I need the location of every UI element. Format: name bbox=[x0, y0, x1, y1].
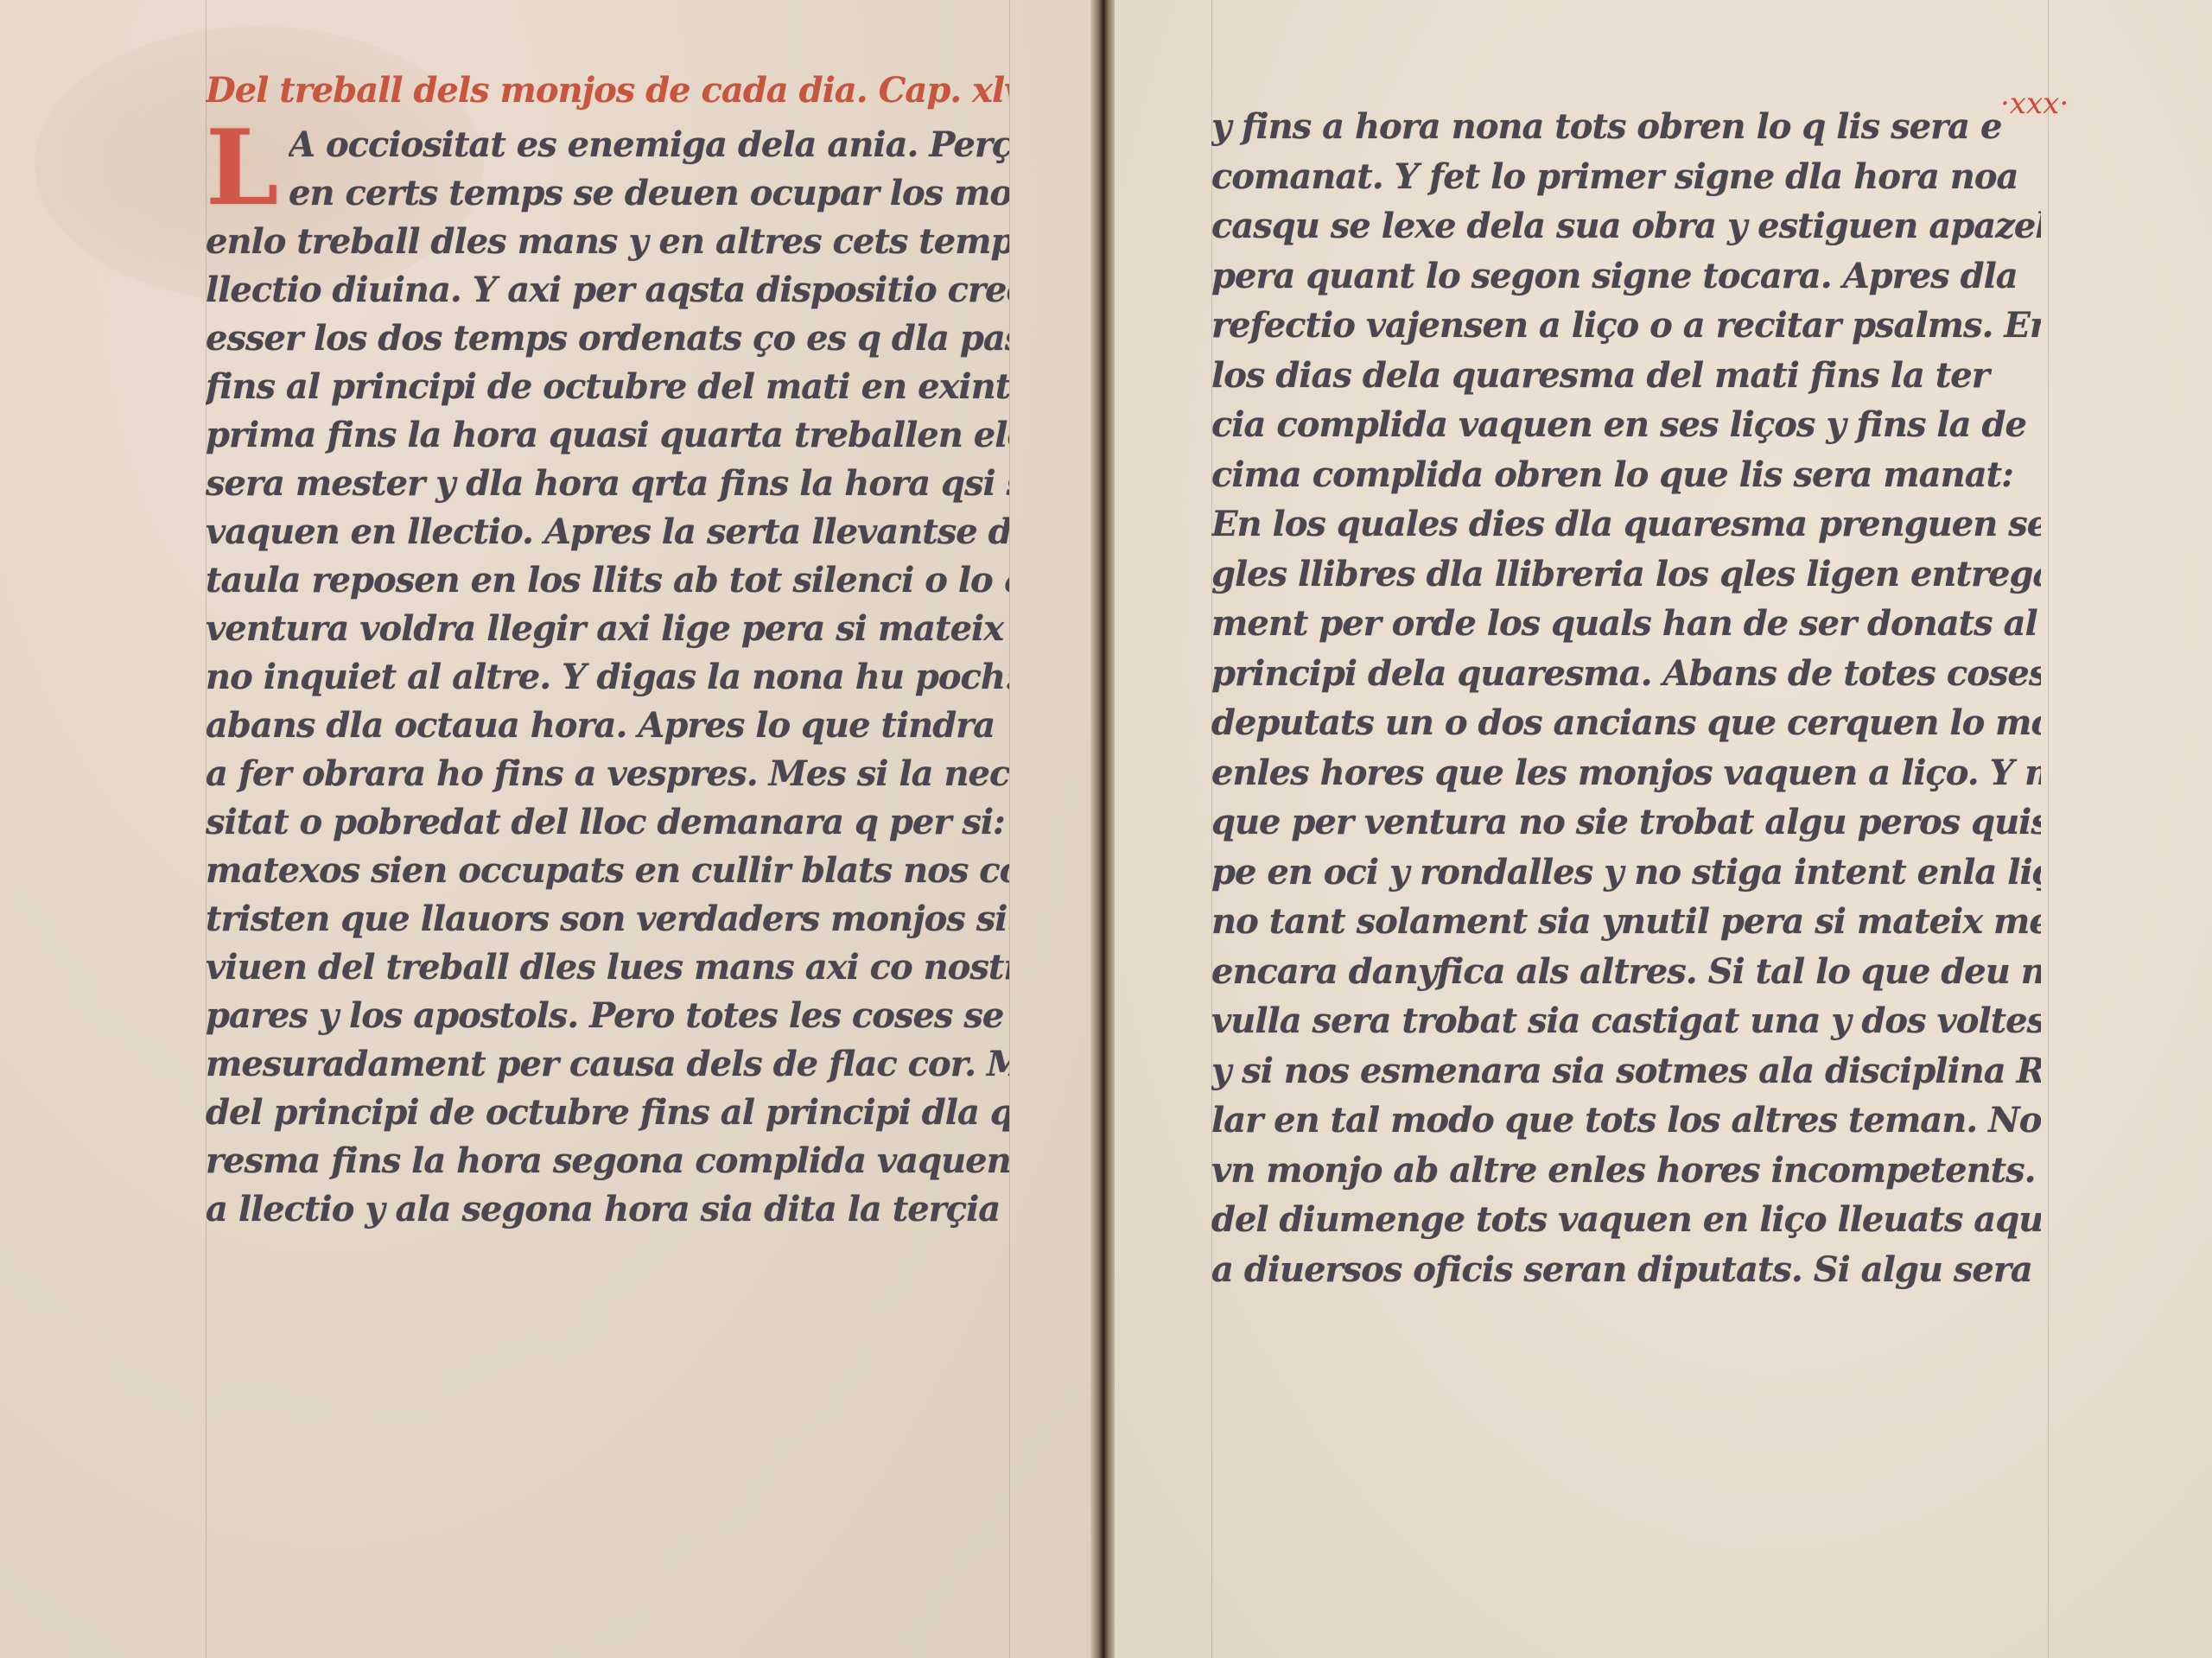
text-line: comanat. Y fet lo primer signe dla hora … bbox=[1211, 152, 2041, 202]
text-line: que per ventura no sie trobat algu peros… bbox=[1211, 797, 2041, 848]
right-text-block: y fins a hora nona tots obren lo q lis s… bbox=[1211, 102, 2041, 1294]
text-line: vn monjo ab altre enles hores incompeten… bbox=[1211, 1146, 2041, 1196]
text-line: a fer obrara ho fins a vespres. Mes si l… bbox=[206, 750, 1009, 798]
text-line: casqu se lexe dela sua obra y estiguen a… bbox=[1211, 201, 2041, 251]
left-text-block: Del treball dels monjos de cada dia. Cap… bbox=[206, 60, 1009, 1234]
text-line: cima complida obren lo que lis sera mana… bbox=[1211, 450, 2041, 500]
text-line: A occiositat es enemiga dela ania. Perço… bbox=[289, 121, 1009, 169]
text-line: abans dla octaua hora. Apres lo que tind… bbox=[206, 702, 1009, 750]
text-line: a diuersos oficis seran diputats. Si alg… bbox=[1211, 1245, 2041, 1295]
chapter-rubric: Del treball dels monjos de cada dia. Cap… bbox=[206, 60, 1009, 121]
text-line: los dias dela quaresma del mati fins la … bbox=[1211, 351, 2041, 401]
text-line: matexos sien occupats en cullir blats no… bbox=[206, 847, 1009, 895]
text-line: lar en tal modo que tots los altres tema… bbox=[1211, 1096, 2041, 1146]
text-line: en certs temps se deuen ocupar los monso… bbox=[289, 169, 1009, 218]
text-line: del principi de octubre fins al principi… bbox=[206, 1089, 1009, 1137]
text-line: cia complida vaquen en ses liços y fins … bbox=[1211, 400, 2041, 450]
illuminated-initial: L bbox=[206, 121, 283, 218]
text-line: del diumenge tots vaquen en liço lleuats… bbox=[1211, 1195, 2041, 1245]
text-line: y si nos esmenara sia sotmes ala discipl… bbox=[1211, 1046, 2041, 1096]
text-line: tristen que llauors son verdaders monjos… bbox=[206, 895, 1009, 943]
text-line: pares y los apostols. Pero totes les cos… bbox=[206, 992, 1009, 1040]
text-line: sera mester y dla hora qrta fins la hora… bbox=[206, 460, 1009, 508]
text-line: pe en oci y rondalles y no stiga intent … bbox=[1211, 848, 2041, 898]
text-line: ment per orde los quals han de ser donat… bbox=[1211, 599, 2041, 649]
text-line: no inquiet al altre. Y digas la nona hu … bbox=[206, 653, 1009, 702]
text-line: mesuradament per causa dels de flac cor.… bbox=[206, 1040, 1009, 1089]
text-line: y fins a hora nona tots obren lo q lis s… bbox=[1211, 102, 2041, 152]
text-line: prima fins la hora quasi quarta treballe… bbox=[206, 411, 1009, 460]
text-line: sitat o pobredat del lloc demanara q per… bbox=[206, 798, 1009, 847]
text-line: enles hores que les monjos vaquen a liço… bbox=[1211, 748, 2041, 798]
text-line: a llectio y ala segona hora sia dita la … bbox=[206, 1185, 1009, 1234]
book-gutter bbox=[1090, 0, 1116, 1658]
text-line: vaquen en llectio. Apres la serta llevan… bbox=[206, 508, 1009, 556]
text-line: deputats un o dos ancians que cerquen lo… bbox=[1211, 698, 2041, 748]
text-line: principi dela quaresma. Abans de totes c… bbox=[1211, 649, 2041, 699]
ruling-line bbox=[1009, 0, 1010, 1658]
text-line: no tant solament sia ynutil pera si mate… bbox=[1211, 897, 2041, 947]
text-line: llectio diuina. Y axi per aqsta disposit… bbox=[206, 266, 1009, 314]
manuscript-spread: Del treball dels monjos de cada dia. Cap… bbox=[0, 0, 2212, 1658]
text-line: resma fins la hora segona complida vaque… bbox=[206, 1137, 1009, 1185]
text-line: enlo treball dles mans y en altres cets … bbox=[206, 218, 1009, 266]
text-line: refectio vajensen a liço o a recitar psa… bbox=[1211, 301, 2041, 351]
text-line: En los quales dies dla quaresma prenguen… bbox=[1211, 499, 2041, 549]
text-line: viuen del treball dles lues mans axi co … bbox=[206, 943, 1009, 992]
text-line: ventura voldra llegir axi lige pera si m… bbox=[206, 605, 1009, 653]
text-line: esser los dos temps ordenats ço es q dla… bbox=[206, 314, 1009, 363]
ruling-line bbox=[2048, 0, 2049, 1658]
text-line: gles llibres dla llibreria los qles lige… bbox=[1211, 549, 2041, 600]
text-line: pera quant lo segon signe tocara. Apres … bbox=[1211, 251, 2041, 302]
text-line: vulla sera trobat sia castigat una y dos… bbox=[1211, 996, 2041, 1046]
text-line: fins al principi de octubre del mati en … bbox=[206, 363, 1009, 411]
text-line: taula reposen en los llits ab tot silenc… bbox=[206, 556, 1009, 605]
text-line: encara danyfica als altres. Si tal lo qu… bbox=[1211, 947, 2041, 997]
